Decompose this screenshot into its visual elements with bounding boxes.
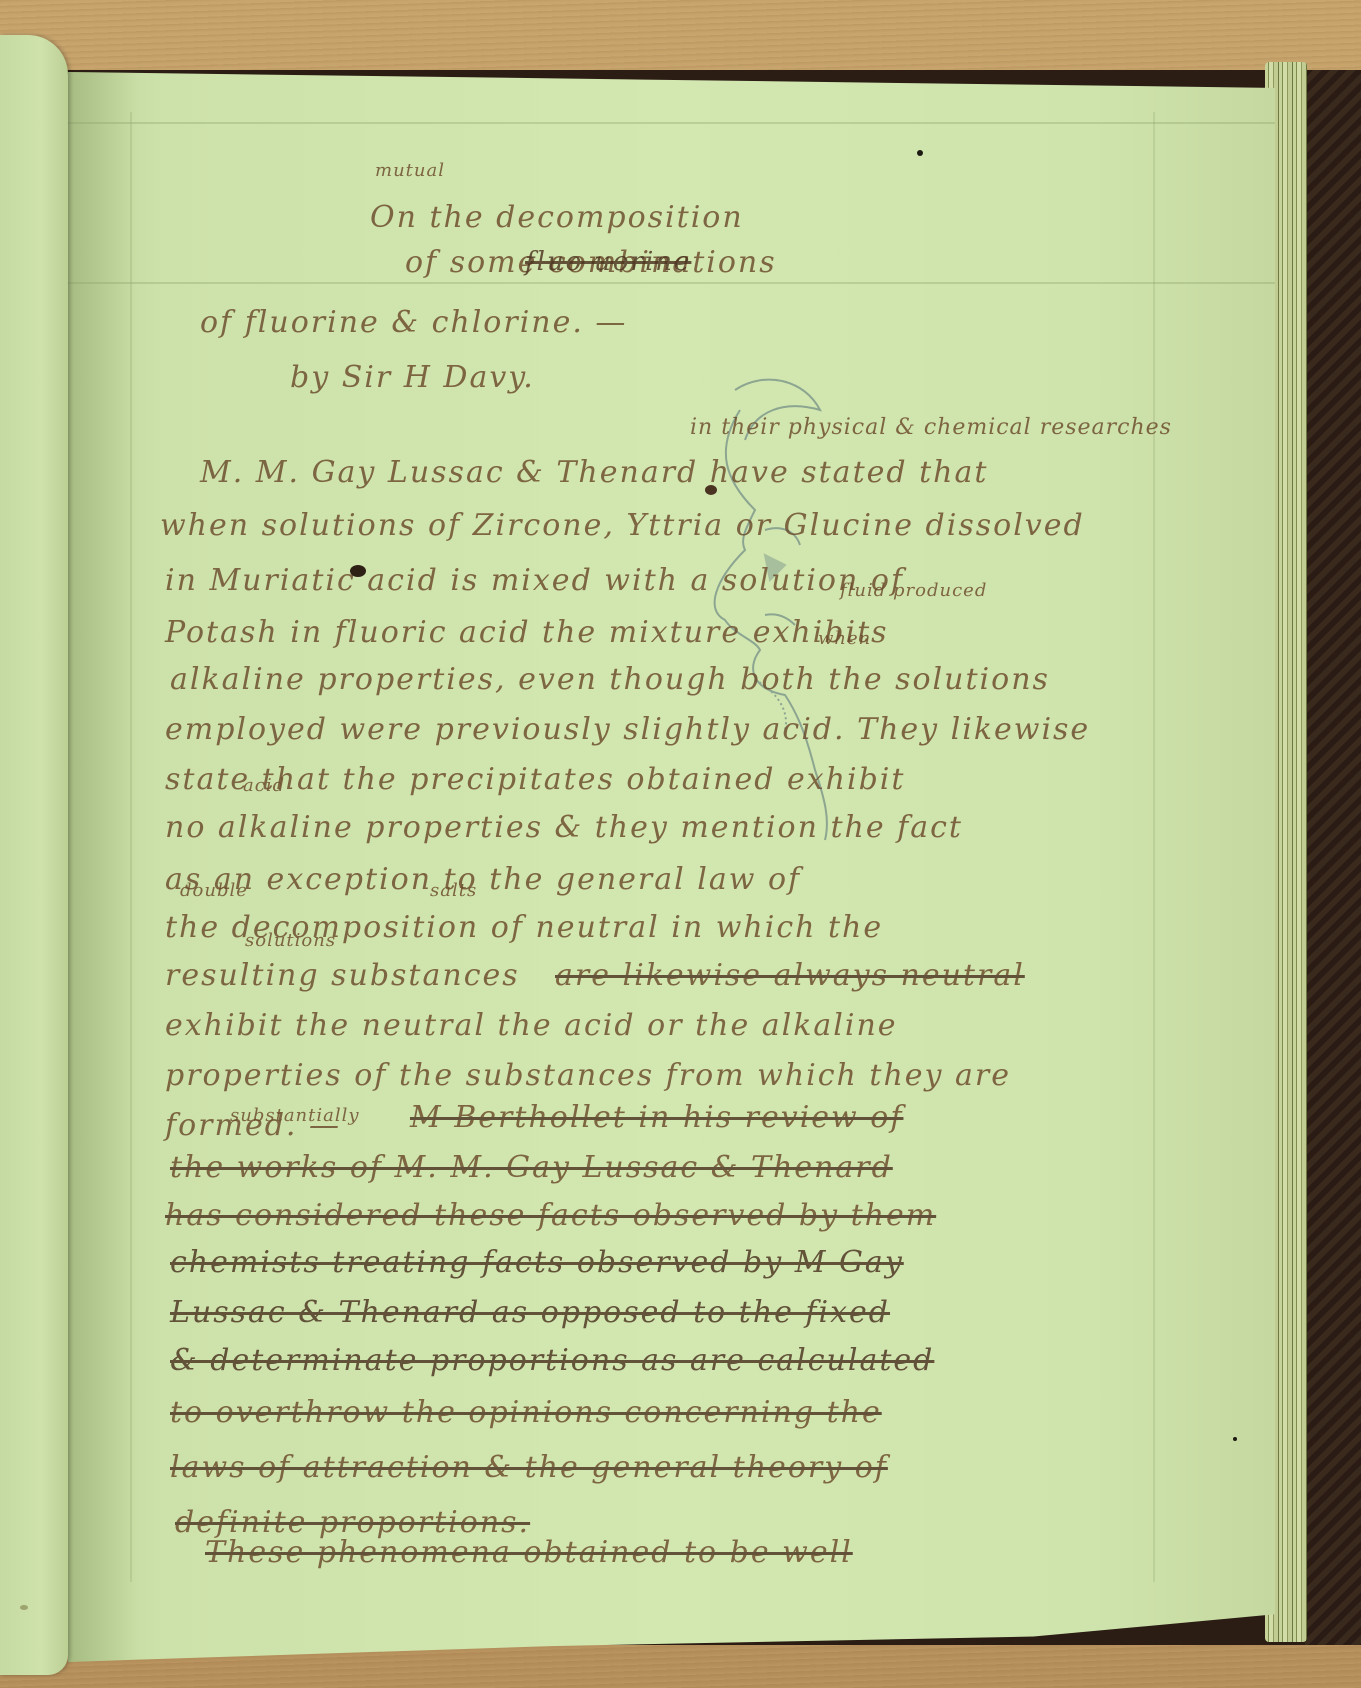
book-cover-edge — [1305, 70, 1361, 1645]
manuscript-line: Potash in fluoric acid the mixture exhib… — [165, 615, 889, 650]
ink-blot — [350, 565, 366, 577]
manuscript-line-struck: chemists treating facts observed by M Ga… — [170, 1245, 904, 1280]
manuscript-line-struck: has considered these facts observed by t… — [165, 1198, 936, 1233]
manuscript-line: when solutions of Zircone, Yttria or Glu… — [160, 508, 1085, 543]
manuscript-line: as an exception to the general law of — [165, 862, 801, 897]
manuscript-struck-text: M Berthollet in his review of — [410, 1100, 903, 1135]
manuscript-line: M. M. Gay Lussac & Thenard have stated t… — [200, 455, 988, 490]
ink-dot — [917, 150, 923, 156]
manuscript-line-struck: to overthrow the opinions concerning the — [170, 1395, 882, 1430]
manuscript-line: the decomposition of neutral in which th… — [165, 910, 883, 945]
title-line-3: of fluorine & chlorine. — — [200, 305, 627, 340]
ruled-line — [68, 122, 1275, 124]
manuscript-line-struck: Lussac & Thenard as opposed to the fixed — [170, 1295, 890, 1330]
manuscript-line: formed. — — [165, 1108, 341, 1143]
manuscript-line: resulting substances — [165, 958, 520, 993]
ink-dot — [1233, 1437, 1237, 1441]
manuscript-line: in Muriatic acid is mixed with a solutio… — [165, 563, 904, 598]
insertion-researches: in their physical & chemical researches — [690, 415, 1172, 440]
manuscript-line: employed were previously slightly acid. … — [165, 712, 1090, 747]
ruled-line — [68, 282, 1275, 284]
title-struck-word: fluo-uorine — [525, 247, 691, 277]
manuscript-line: properties of the substances from which … — [165, 1058, 1011, 1093]
manuscript-line: no alkaline properties & they mention th… — [165, 810, 963, 845]
ruled-line — [68, 1662, 1275, 1664]
manuscript-line: alkaline properties, even though both th… — [170, 662, 1050, 697]
margin-line — [130, 112, 132, 1582]
author-byline: by Sir H Davy. — [290, 360, 535, 395]
facing-page — [0, 35, 68, 1675]
manuscript-line-struck: laws of attraction & the general theory … — [170, 1450, 888, 1485]
manuscript-line-struck: These phenomena obtained to be well — [205, 1535, 853, 1570]
manuscript-line: exhibit the neutral the acid or the alka… — [165, 1008, 898, 1043]
manuscript-line-struck: the works of M. M. Gay Lussac & Thenard — [170, 1150, 893, 1185]
manuscript-line: state that the precipitates obtained exh… — [165, 762, 905, 797]
ink-spot — [20, 1605, 28, 1610]
title-line-1: On the decomposition — [370, 200, 744, 235]
gutter-shadow — [68, 72, 138, 1662]
ink-blot — [705, 485, 717, 495]
margin-line — [1153, 112, 1155, 1582]
manuscript-struck-text: are likewise always neutral — [555, 958, 1025, 993]
manuscript-line-struck: & determinate proportions as are calcula… — [170, 1343, 934, 1378]
title-insertion: mutual — [375, 160, 445, 181]
